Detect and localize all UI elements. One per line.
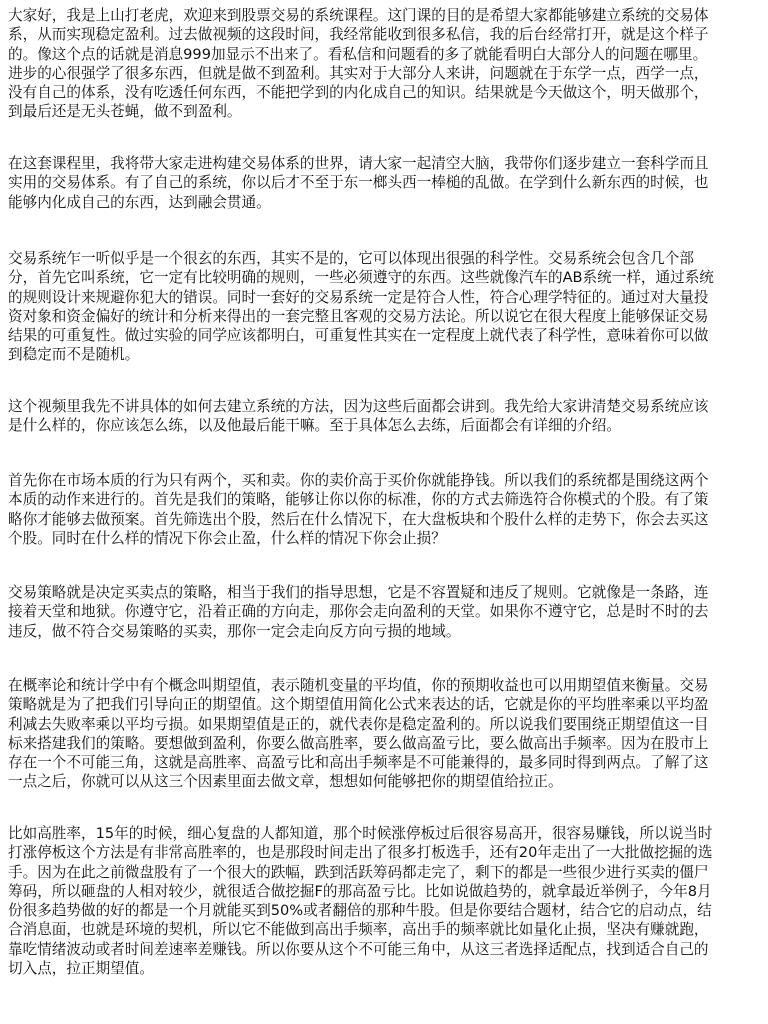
text-line: 进步的心很强学了很多东西，但就是做不到盈利。其实对于大部分人来讲，问题就在于东学… — [8, 64, 764, 83]
text-line: 的。像这个点的话就是消息999加显示不出来了。看私信和问题看的多了就能看明白大部… — [8, 45, 764, 64]
text-line: 筹码，所以砸盘的人相对较少，就很适合做挖掘F的那高盈亏比。比如说做趋势的，就拿最… — [8, 882, 764, 901]
text-line: 合消息面，也就是环境的契机，所以它不能做到高出手频率，高出手的频率就比如量化止损… — [8, 920, 764, 939]
text-line: 个股。同时在什么样的情况下你会止盈，什么样的情况下你会止损？ — [8, 529, 764, 548]
text-line: 首先你在市场本质的行为只有两个，买和卖。你的卖价高于买价你就能挣钱。所以我们的系… — [8, 471, 764, 490]
paragraph-expected-value: 在概率论和统计学中有个概念叫期望值，表示随机变量的平均值，你的预期收益也可以用期… — [8, 676, 764, 792]
text-line: 能够内化成自己的东西，达到融会贯通。 — [8, 193, 764, 212]
text-line: 分，首先它叫系统，它一定有比较明确的规则，一些必须遵守的东西。这些就像汽车的AB… — [8, 268, 764, 287]
paragraph-course-overview: 在这套课程里，我将带大家走进构建交易体系的世界，请大家一起清空大脑，我带你们逐步… — [8, 154, 764, 212]
text-line: 大家好，我是上山打老虎，欢迎来到股票交易的系统课程。这门课的目的是希望大家都能够… — [8, 6, 764, 25]
text-line: 实用的交易体系。有了自己的系统，你以后才不至于东一榔头西一棒槌的乱做。在学到什么… — [8, 173, 764, 192]
text-line: 结果的可重复性。做过实验的同学应该都明白，可重复性其实在一定程度上就代表了科学性… — [8, 326, 764, 345]
text-line: 交易系统乍一听似乎是一个很玄的东西，其实不是的，它可以体现出很强的科学性。交易系… — [8, 249, 764, 268]
text-line: 这个视频里我先不讲具体的如何去建立系统的方法，因为这些后面都会讲到。我先给大家讲… — [8, 397, 764, 416]
text-line: 切入点，拉正期望值。 — [8, 959, 764, 978]
text-line: 交易策略就是决定买卖点的策略，相当于我们的指导思想，它是不容置疑和违反了规则。它… — [8, 583, 764, 602]
text-line: 没有自己的体系，没有吃透任何东西，不能把学到的内化成自己的知识。结果就是今天做这… — [8, 83, 764, 102]
text-line: 的规则设计来规避你犯大的错误。同时一套好的交易系统一定是符合人性，符合心理学特征… — [8, 288, 764, 307]
text-line: 存在一个不可能三角，这就是高胜率、高盈亏比和高出手频率是不可能兼得的，最多同时得… — [8, 753, 764, 772]
paragraph-video-scope: 这个视频里我先不讲具体的如何去建立系统的方法，因为这些后面都会讲到。我先给大家讲… — [8, 397, 764, 436]
text-line: 本质的动作来进行的。首先是我们的策略，能够让你以你的标准，你的方式去筛选符合你模… — [8, 490, 764, 509]
paragraph-trading-system: 交易系统乍一听似乎是一个很玄的东西，其实不是的，它可以体现出很强的科学性。交易系… — [8, 249, 764, 365]
text-line: 接着天堂和地狱。你遵守它，沿着正确的方向走，那你会走向盈利的天堂。如果你不遵守它… — [8, 602, 764, 621]
text-line: 到稳定而不是随机。 — [8, 345, 764, 364]
text-line: 系，从而实现稳定盈利。过去做视频的这段时间，我经常能收到很多私信，我的后台经常打… — [8, 25, 764, 44]
text-line: 份很多趋势做的好的都是一个月就能买到50%或者翻倍的那种牛股。但是你要结合题材，… — [8, 901, 764, 920]
text-line: 在概率论和统计学中有个概念叫期望值，表示随机变量的平均值，你的预期收益也可以用期… — [8, 676, 764, 695]
text-line: 手。因为在此之前微盘股有了一个很大的跌幅，跌到活跃筹码都走完了，剩下的都是一些很… — [8, 863, 764, 882]
text-line: 略你才能够去做预案。首先筛选出个股，然后在什么情况下，在大盘板块和个股什么样的走… — [8, 510, 764, 529]
text-line: 到最后还是无头苍蝇，做不到盈利。 — [8, 102, 764, 121]
text-line: 资对象和资金偏好的统计和分析来得出的一套完整且客观的交易方法论。所以说它在很大程… — [8, 307, 764, 326]
paragraph-intro: 大家好，我是上山打老虎，欢迎来到股票交易的系统课程。这门课的目的是希望大家都能够… — [8, 6, 764, 122]
text-line: 策略就是为了把我们引导向正的期望值。这个期望值用简化公式来表达的话，它就是你的平… — [8, 695, 764, 714]
text-line: 靠吃情绪波动或者时间差速率差赚钱。所以你要从这个不可能三角中，从这三者选择适配点… — [8, 940, 764, 959]
text-line: 标来搭建我们的策略。要想做到盈利，你要么做高胜率，要么做高盈亏比，要么做高出手频… — [8, 734, 764, 753]
text-line: 打涨停板这个方法是有非常高胜率的，也是那段时间走出了很多打板选手，还有20年走出… — [8, 843, 764, 862]
paragraph-examples: 比如高胜率，15年的时候，细心复盘的人都知道，那个时候涨停板过后很容易高开，很容… — [8, 824, 764, 978]
text-line: 违反，做不符合交易策略的买卖，那你一定会走向反方向亏损的地域。 — [8, 622, 764, 641]
paragraph-trading-strategy: 交易策略就是决定买卖点的策略，相当于我们的指导思想，它是不容置疑和违反了规则。它… — [8, 583, 764, 641]
text-line: 在这套课程里，我将带大家走进构建交易体系的世界，请大家一起清空大脑，我带你们逐步… — [8, 154, 764, 173]
text-line: 是什么样的，你应该怎么练，以及他最后能干嘛。至于具体怎么去练，后面都会有详细的介… — [8, 416, 764, 435]
text-line: 一点之后，你就可以从这三个因素里面去做文章，想想如何能够把你的期望值给拉正。 — [8, 772, 764, 791]
text-line: 比如高胜率，15年的时候，细心复盘的人都知道，那个时候涨停板过后很容易高开，很容… — [8, 824, 764, 843]
text-line: 利减去失败率乘以平均亏损。如果期望值是正的，就代表你是稳定盈利的。所以说我们要围… — [8, 715, 764, 734]
paragraph-buy-sell: 首先你在市场本质的行为只有两个，买和卖。你的卖价高于买价你就能挣钱。所以我们的系… — [8, 471, 764, 548]
